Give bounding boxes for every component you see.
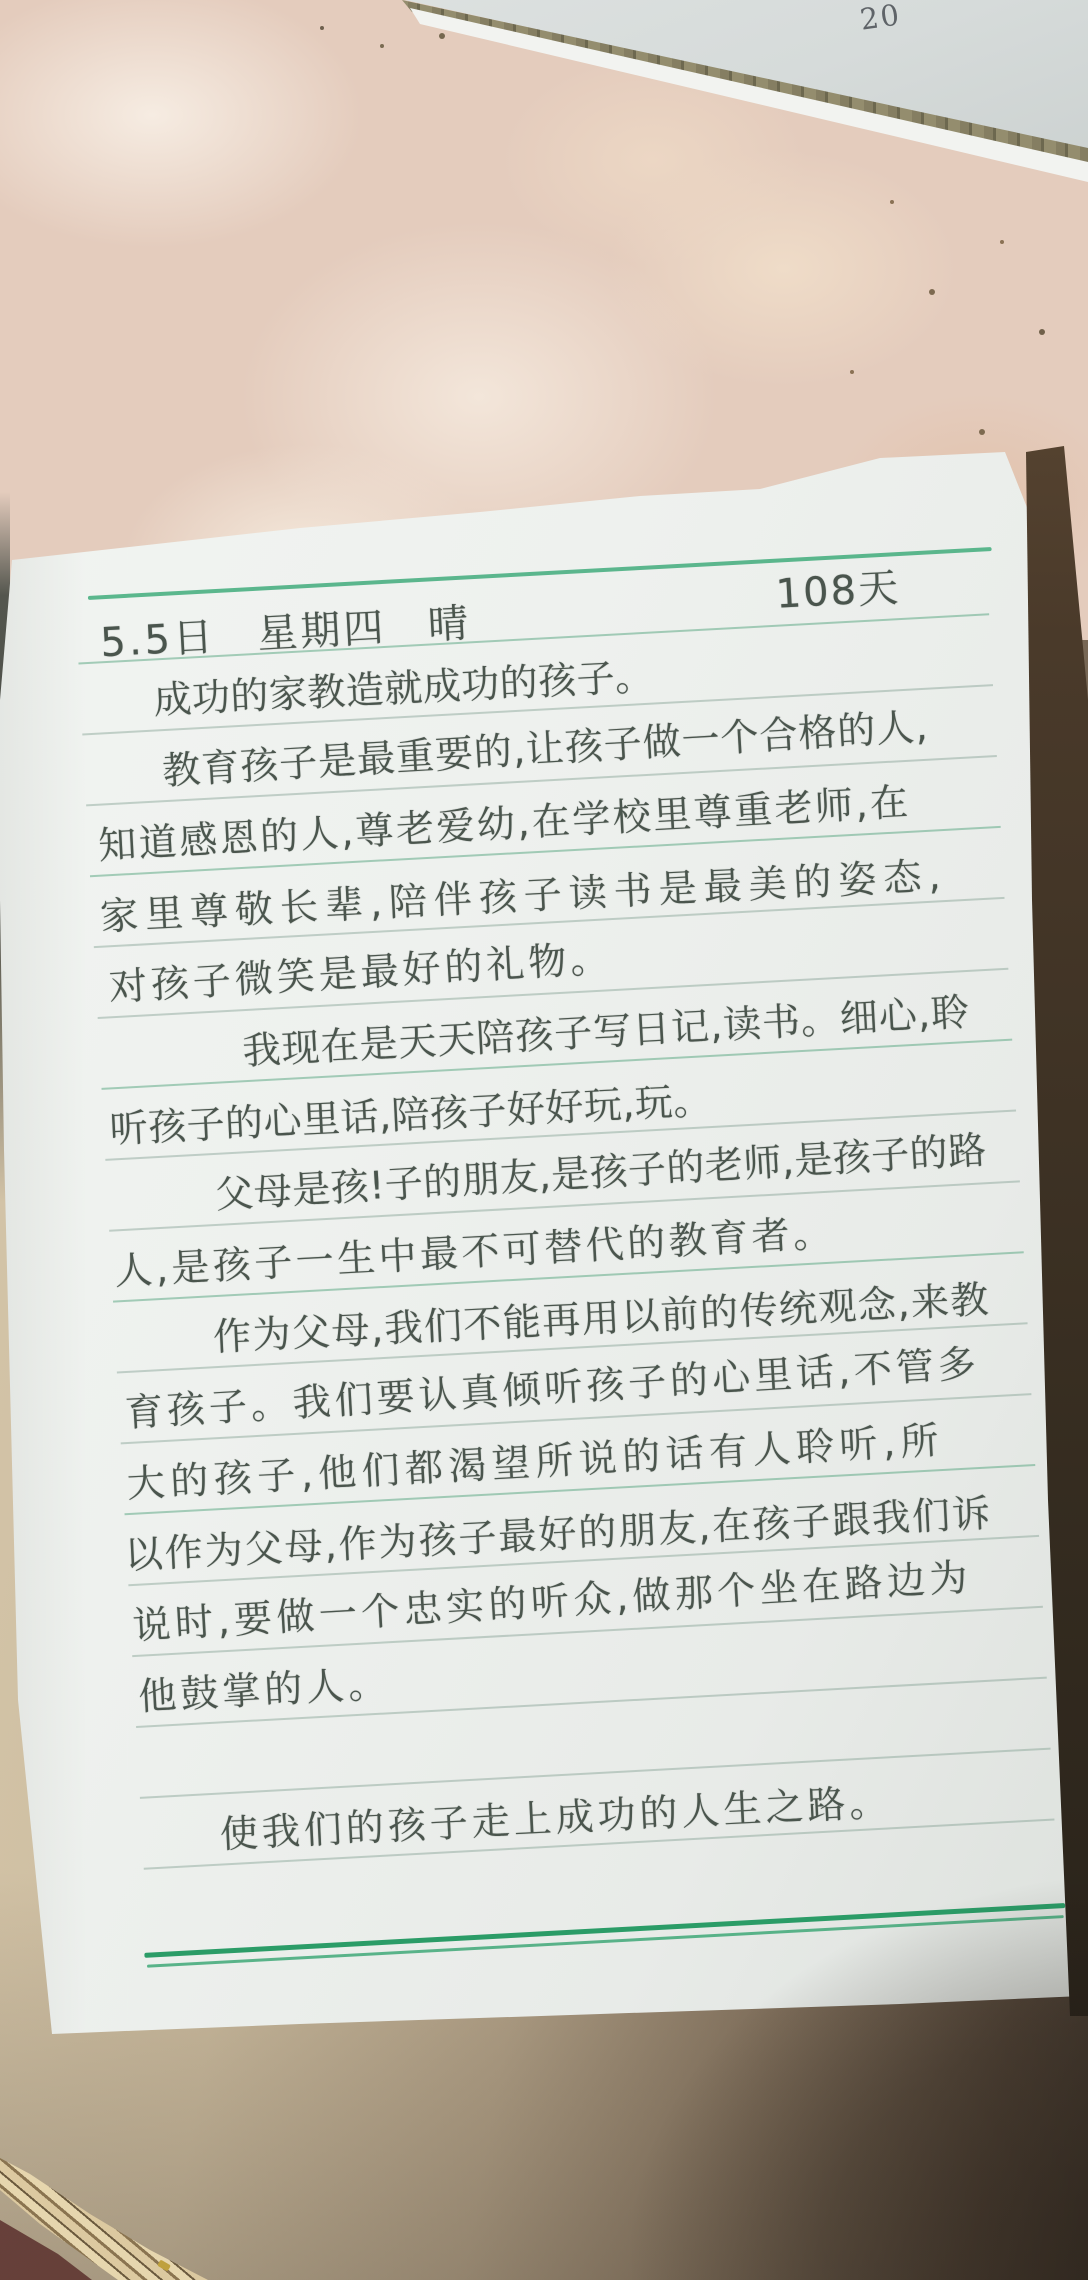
weather-text: 晴 [427, 600, 472, 648]
footer-rule-line [147, 1915, 1064, 1968]
handwritten-line: 教育孩子是最重要的,让孩子做一个合格的人, [161, 707, 929, 790]
date-text: 5.5日 [99, 614, 217, 666]
handwritten-line: 父母是孩!子的朋友,是孩子的老师,是孩子的路 [214, 1131, 987, 1214]
handwritten-line: 听孩子的心里话,陪孩子好好玩,玩。 [109, 1081, 713, 1148]
weekday-text: 星期四 [256, 605, 387, 658]
ruled-sheet: 5.5日 星期四 晴 108天 成功的家教造就成功的孩子。 教育孩子是最重要的,… [30, 490, 1088, 2042]
handwritten-line: 对孩子微笑是最好的礼物。 [108, 939, 613, 1006]
ruled-line [140, 1748, 1051, 1799]
marble-speckles [320, 26, 324, 30]
footer-rule-line [144, 1903, 1065, 1958]
handwritten-line: 他鼓掌的人。 [137, 1664, 391, 1716]
handwritten-line: 成功的家教造就成功的孩子。 [153, 657, 655, 719]
day-count: 108天 [774, 556, 901, 620]
diary-date-header: 5.5日 星期四 晴 [99, 590, 499, 668]
photo-of-diary-page: 20 5.5日 [0, 0, 1088, 2280]
marble-speckles [890, 200, 894, 204]
printed-page-number: 20 [858, 0, 903, 37]
handwritten-line: 使我们的孩子走上成功的人生之路。 [219, 1783, 892, 1854]
